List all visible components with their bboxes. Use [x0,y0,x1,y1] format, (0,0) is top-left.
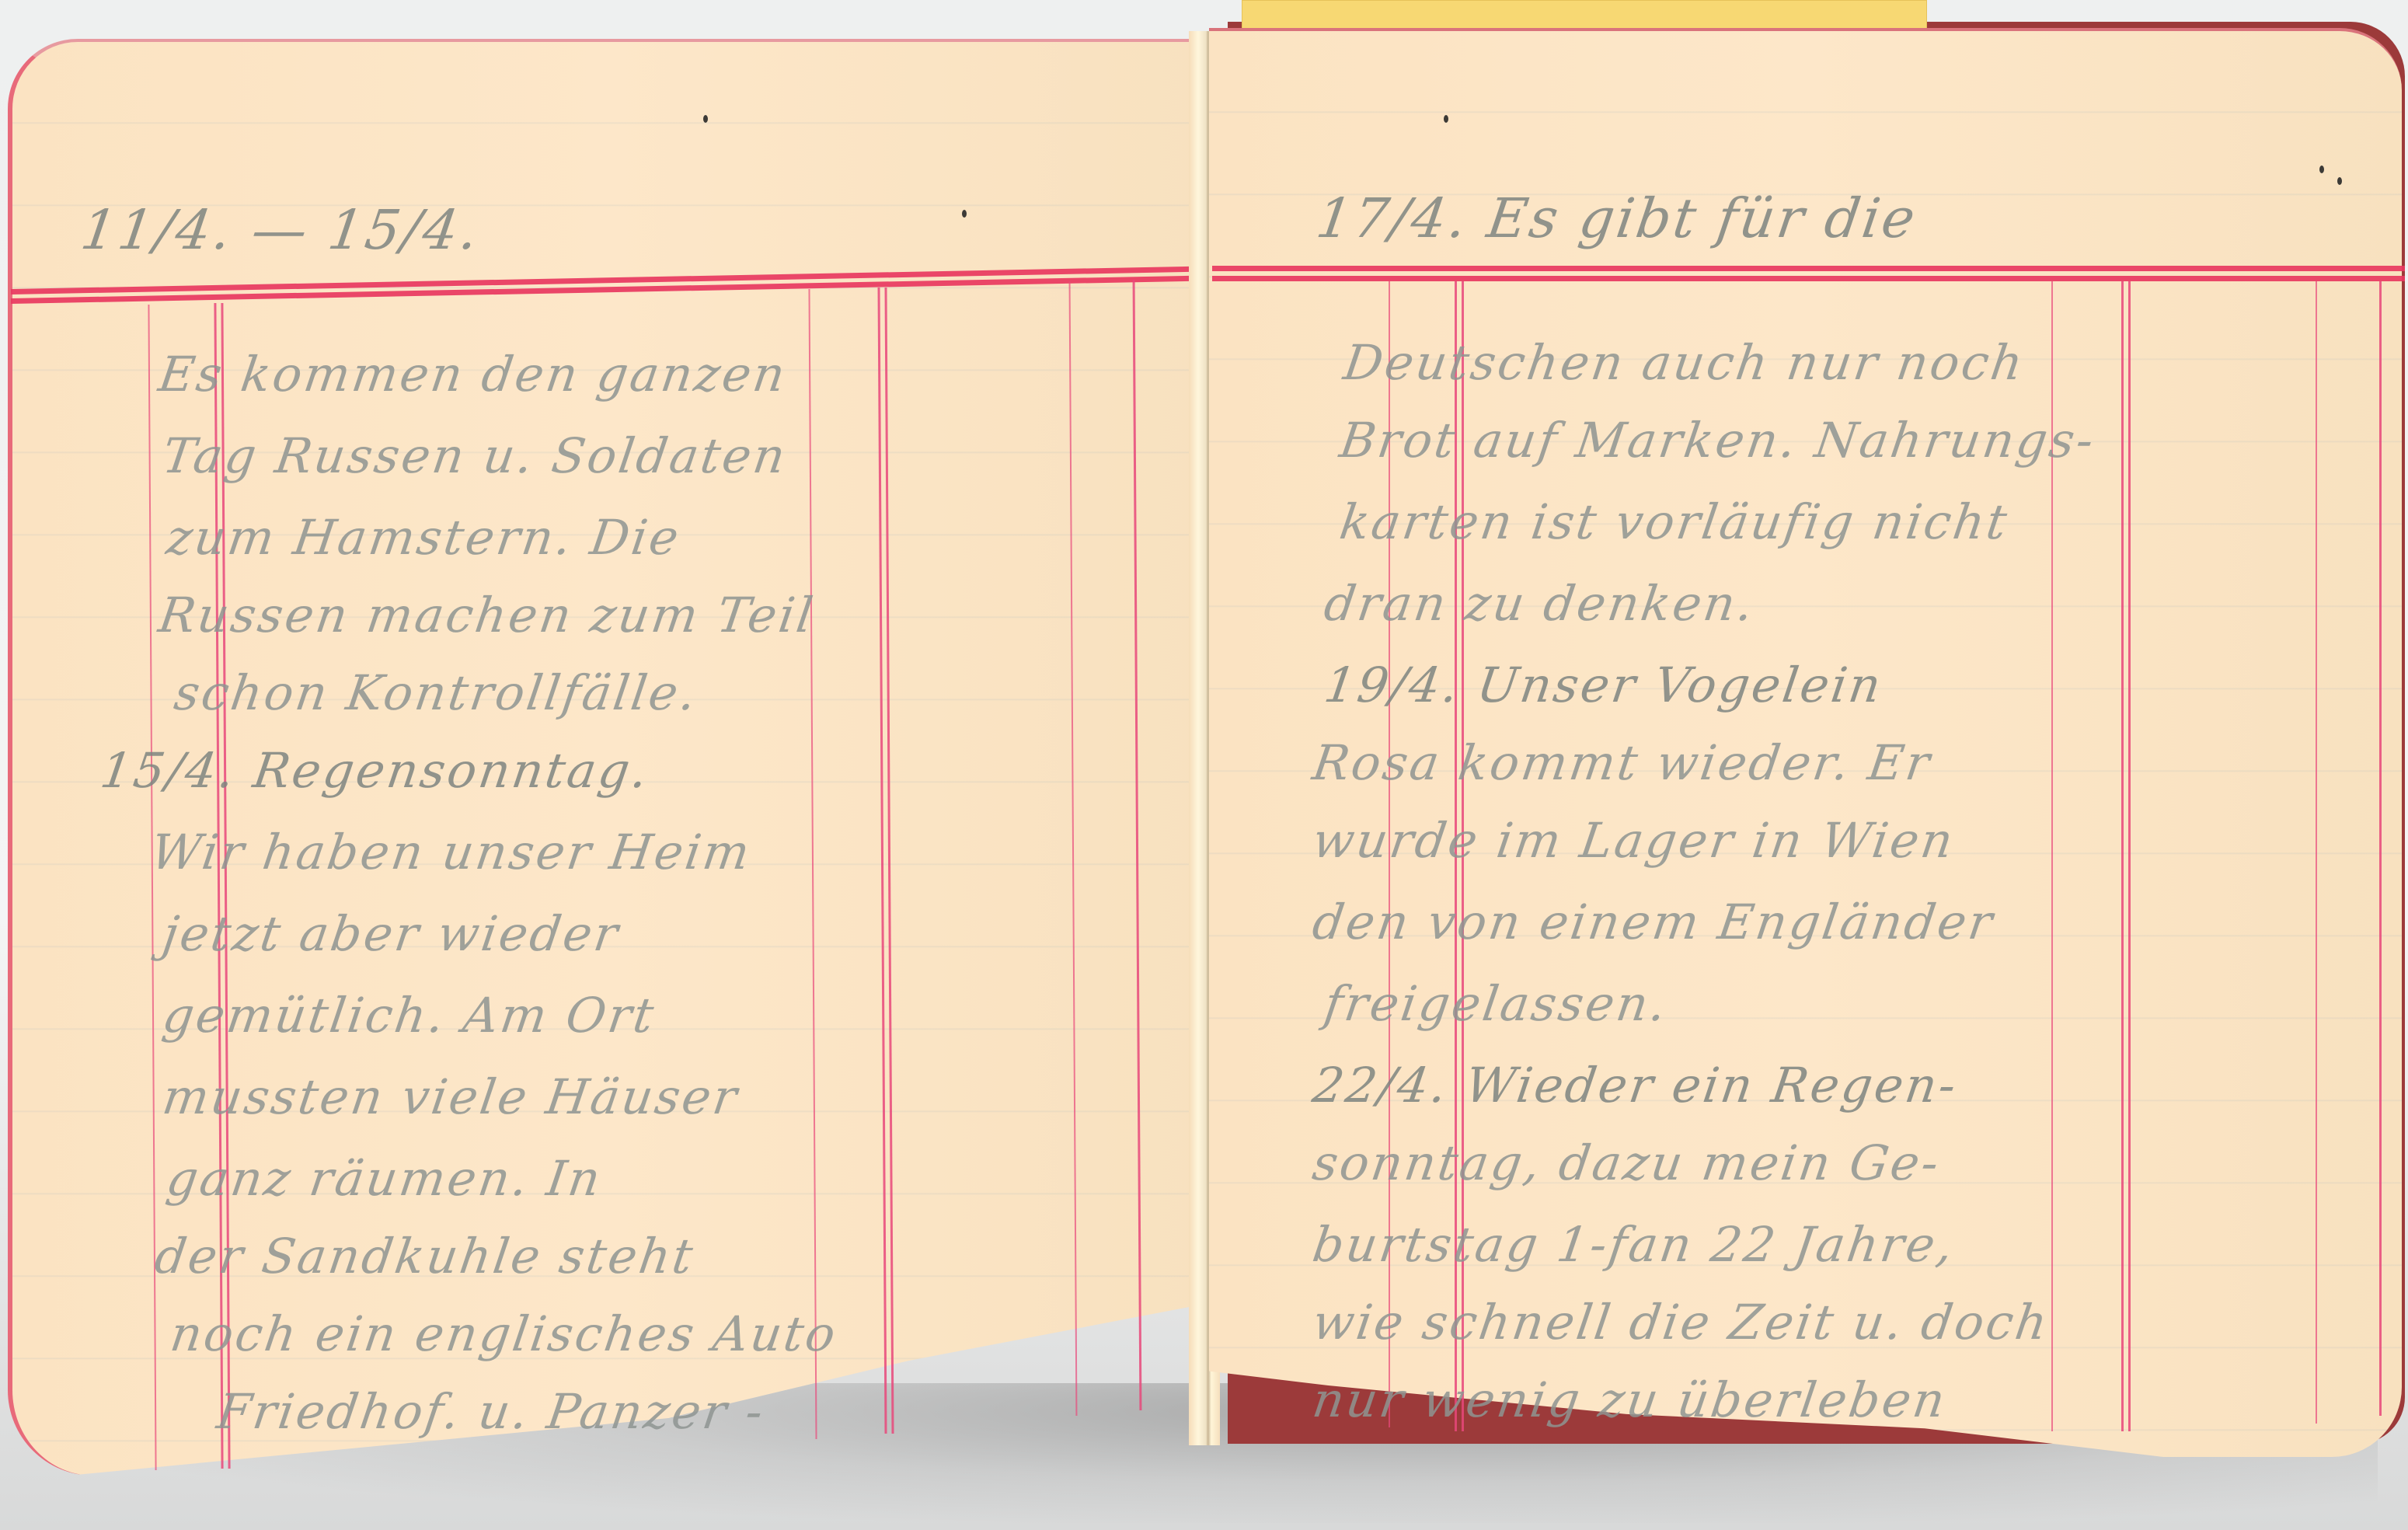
diary-line: karten ist vorläufig nicht [1336,493,2012,550]
paper-speck [1444,115,1448,123]
yellow-bookmark-tab [1242,0,1927,33]
diary-line: Brot auf Marken. Nahrungs- [1336,412,2100,469]
left-page-date-header: 11/4. — 15/4. [77,198,484,262]
diary-entry-date-line: 22/4. Wieder ein Regen- [1309,1057,1962,1114]
diary-line: der Sandkuhle steht [152,1228,699,1284]
diary-entry-date-line: 19/4. Unser Vogelein [1321,657,1887,713]
diary-line: Russen machen zum Teil [155,587,819,643]
paper-speck [962,210,967,218]
diary-line: burtstag 1-fan 22 Jahre, [1309,1216,1959,1273]
diary-line: ganz räumen. In [163,1150,606,1207]
diary-line: mussten viele Häuser [159,1068,743,1125]
right-header-rule-top [1212,266,2405,271]
right-column-rule [2128,281,2131,1431]
right-header-rule-bottom [1212,276,2405,281]
diary-line: jetzt aber wieder [159,905,624,962]
diary-entry-date-line: 15/4. Regensonntag. [97,742,653,799]
right-column-rule [2379,281,2382,1416]
diary-line: zum Hamstern. Die [163,509,685,566]
diary-line: schon Kontrollfälle. [171,664,702,721]
diary-line: freigelassen. [1321,975,1672,1032]
right-column-rule [2121,281,2124,1431]
diary-line: Es kommen den ganzen [155,346,791,403]
diary-line: dran zu denken. [1321,575,1759,632]
diary-line: Deutschen auch nur noch [1340,334,2029,391]
right-column-rule [2316,281,2317,1424]
scanned-notebook-spread: 11/4. — 15/4. Es kommen den ganzen Tag R… [0,0,2408,1530]
diary-line: den von einem Engländer [1309,894,1999,950]
diary-line: sonntag, dazu mein Ge- [1309,1134,1944,1191]
diary-line: noch ein englisches Auto [167,1305,842,1362]
paper-speck [2337,177,2342,185]
diary-line: nur wenig zu überleben [1309,1371,1950,1428]
diary-line: wie schnell die Zeit u. doch [1309,1294,2053,1351]
diary-line: gemütlich. Am Ort [159,987,660,1044]
diary-line: wurde im Lager in Wien [1309,812,1959,869]
right-page-date-header: 17/4. Es gibt für die [1312,186,1921,250]
diary-line: Rosa kommt wieder. Er [1309,734,1936,791]
diary-line: Tag Russen u. Soldaten [159,427,791,484]
paper-speck [2319,166,2324,173]
diary-line: Friedhof. u. Panzer - [214,1383,768,1440]
paper-speck [703,115,708,123]
diary-line: Wir haben unser Heim [148,824,755,880]
